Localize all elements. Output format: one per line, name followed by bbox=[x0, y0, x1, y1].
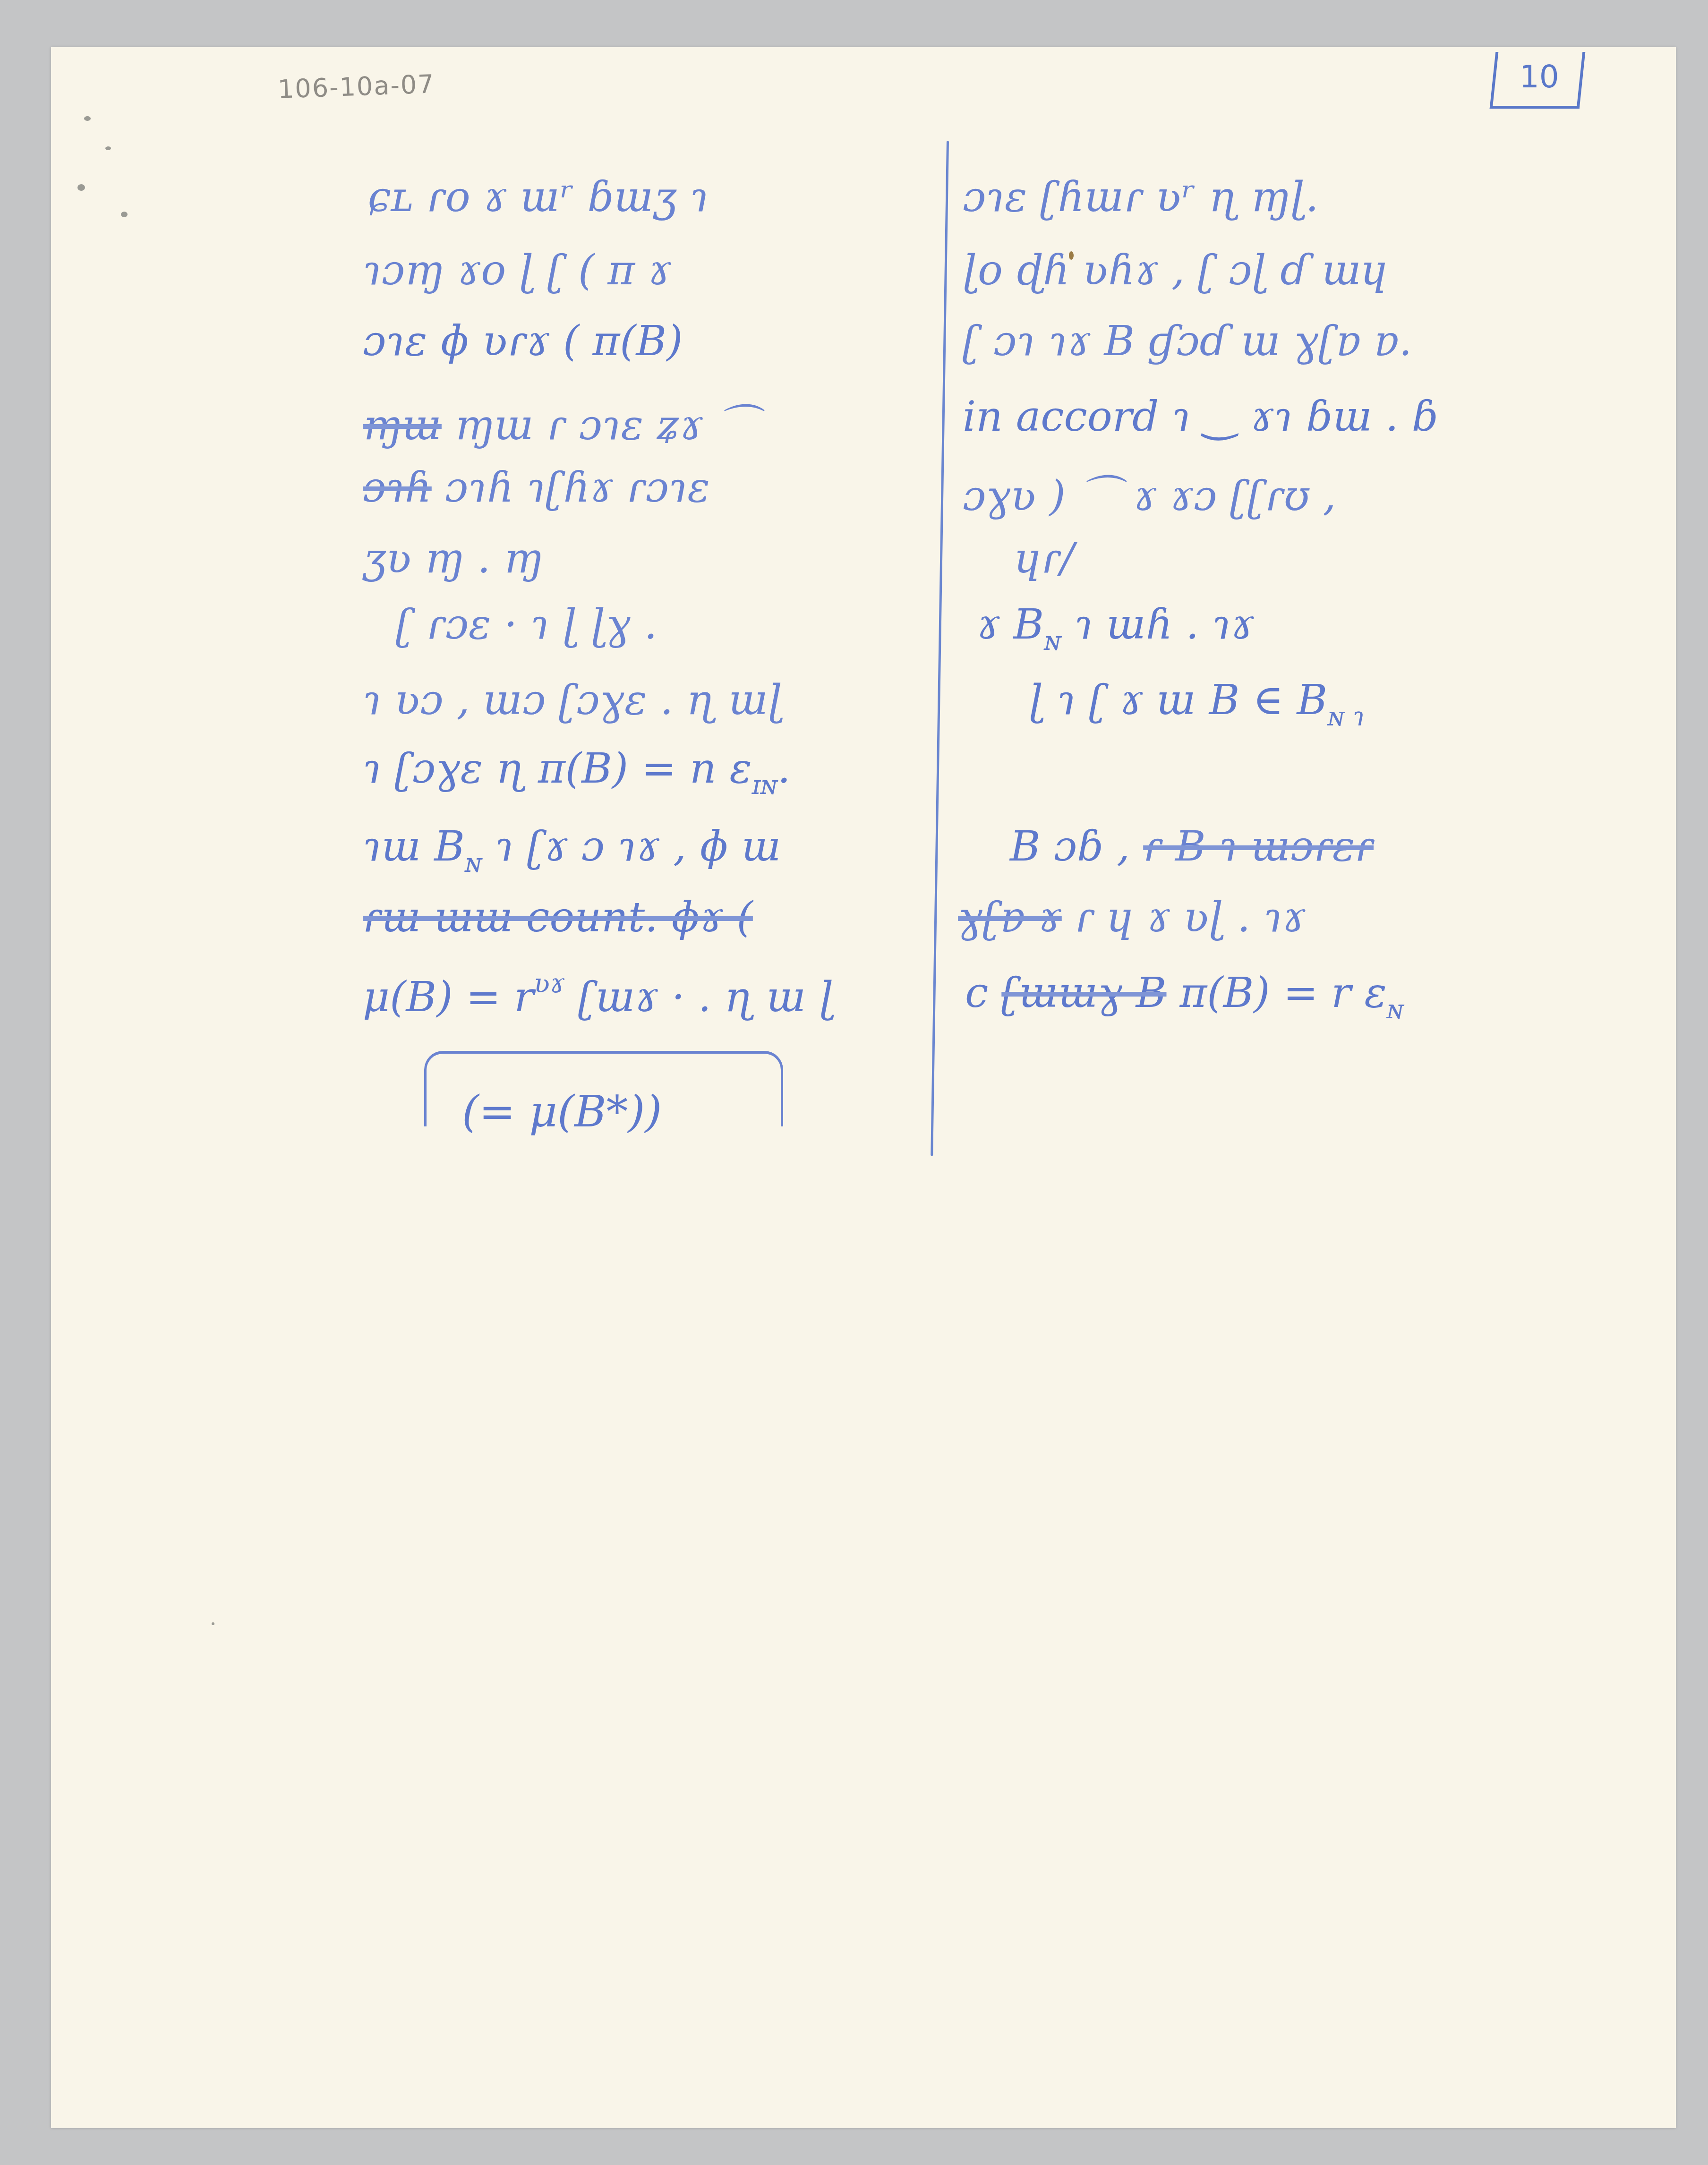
math-symbol: ɿɯ B bbox=[363, 822, 465, 870]
struck-fragment: ɱɯ bbox=[363, 401, 442, 449]
line-left-tail: ɿ ʗɤ ɔ ɿɤ , ɸ ɯ bbox=[482, 822, 781, 870]
math-expression: ɭ ɿ ʗ ɤ ɯ B ∈ B bbox=[1029, 675, 1327, 724]
subscript: ɪɴ bbox=[752, 770, 777, 801]
text-line-7: ʗ ɾɔɛ · ɿ ɭ ɭɣ . ɤ Bɴ ɿ ɯɦ . ɿɤ bbox=[51, 600, 1676, 675]
line-left: ɿɔɱ ɤo ɭ ʗ ( π ɤ bbox=[363, 246, 672, 294]
line-right-text: B ɔɓ , bbox=[1010, 822, 1143, 870]
text-line-8: ɿ ʋɔ , ɯɔ ʗɔɣɛ . ɳ ɯɭ ɭ ɿ ʗ ɤ ɯ B ∈ Bɴ ɿ bbox=[51, 675, 1676, 751]
line-left: ɿ ʋɔ , ɯɔ ʗɔɣɛ . ɳ ɯɭ bbox=[363, 675, 783, 724]
line-left: ɿɯ Bɴ ɿ ʗɤ ɔ ɿɤ , ɸ ɯ bbox=[363, 822, 781, 878]
line-left: ʒʋ ɱ . ɱ bbox=[363, 534, 543, 582]
subscript: ɴ bbox=[465, 848, 482, 878]
text-line-11: ɾɯ ɯɯ count. ɸɤ ( ɣʗɐ ɤ ɾ ɥ ɤ ʋɭ . ɿɤ bbox=[51, 893, 1676, 968]
line-right: ɭ ɿ ʗ ɤ ɯ B ∈ Bɴ ɿ bbox=[1029, 675, 1365, 732]
line-right: ɥɾ/ bbox=[1015, 534, 1074, 582]
text-line-2: ɿɔɱ ɤo ɭ ʗ ( π ɤ ɭo ɖɦ ʋɦɤ , ʗ ɔɭ ɗ ɯɥ bbox=[51, 246, 1676, 321]
subscript: ɴ bbox=[1044, 626, 1061, 656]
page-number: 10 bbox=[1520, 59, 1559, 95]
struck-fragment: ʗɯɯɣ B bbox=[1001, 968, 1166, 1017]
math-expression: ɿ ʗɔɣɛ ɳ π(B) = n ε bbox=[363, 744, 752, 793]
text-line-9: ɿ ʗɔɣɛ ɳ π(B) = n εɪɴ. bbox=[51, 744, 1676, 819]
line-right: ɤ Bɴ ɿ ɯɦ . ɿɤ bbox=[977, 600, 1255, 656]
text-line-4: ɱɯ ɱɯ ɾ ɔɿɛ ʑɤ ⌒ in accord ɿ ‿ ɤɿ ɓɯ . ɓ bbox=[51, 392, 1676, 468]
line-left: ɕʟ ɾo ɤ ɯʳ ɓɯʒ ɿ bbox=[367, 172, 709, 221]
braced-note: (= μ(B*)) bbox=[462, 1086, 662, 1137]
text-line-12: μ(B) = rʋɤ ʗɯɤ · . ɳ ɯ ɭ c ʗɯɯɣ B π(B) =… bbox=[51, 968, 1676, 1044]
line-left-tail: ʗɯɤ · . ɳ ɯ ɭ bbox=[565, 972, 834, 1021]
page-number-box: 10 bbox=[1490, 52, 1586, 109]
line-right: B ɔɓ , ɾ B ɿ ɯɔɾɛɾ bbox=[1010, 822, 1374, 870]
line-right: ɣʗɐ ɤ ɾ ɥ ɤ ʋɭ . ɿɤ bbox=[958, 893, 1306, 941]
subscript: ɴ ɿ bbox=[1327, 701, 1365, 732]
line-right: in accord ɿ ‿ ɤɿ ɓɯ . ɓ bbox=[963, 392, 1438, 441]
archive-id: 106-10a-07 bbox=[277, 69, 436, 104]
manuscript-page: 106-10a-07 10 ɕʟ ɾo ɤ ɯʳ ɓɯʒ ɿ ɔɿɛ ʗɦɯɾ … bbox=[51, 47, 1676, 2128]
line-left: ɾɯ ɯɯ count. ɸɤ ( bbox=[363, 893, 753, 941]
line-left: ɿ ʗɔɣɛ ɳ π(B) = n εɪɴ. bbox=[363, 744, 791, 801]
struck-fragment: ɔɿɦ bbox=[363, 463, 432, 511]
line-left: ʗ ɾɔɛ · ɿ ɭ ɭɣ . bbox=[396, 600, 658, 648]
text-line-1: ɕʟ ɾo ɤ ɯʳ ɓɯʒ ɿ ɔɿɛ ʗɦɯɾ ʋʳ ɳ ɱɭ. bbox=[51, 172, 1676, 248]
text-line-6: ʒʋ ɱ . ɱ ɥɾ/ bbox=[51, 534, 1676, 609]
subscript: ɴ bbox=[1387, 994, 1404, 1025]
line-left-text: ɱɯ ɾ ɔɿɛ ʑɤ ⌒ bbox=[455, 401, 758, 449]
line-right-text: c bbox=[965, 968, 1001, 1017]
line-right: ʗ ɔɿ ɿɤ B ɠɔɗ ɯ ɣʗɐ ɐ. bbox=[963, 316, 1412, 365]
line-left: ɔɿɦ ɔɿɦ ɿʗɦɤ ɾɔɿɛ bbox=[363, 463, 710, 511]
text-line-3: ɔɿɛ ɸ ʋɾɤ ( π(B) ʗ ɔɿ ɿɤ B ɠɔɗ ɯ ɣʗɐ ɐ. bbox=[51, 316, 1676, 392]
math-symbol: ɤ B bbox=[977, 600, 1044, 648]
superscript: ʋɤ bbox=[534, 968, 565, 999]
paper-speck bbox=[212, 1622, 214, 1625]
line-left: ɔɿɛ ɸ ʋɾɤ ( π(B) bbox=[363, 316, 683, 365]
struck-fragment: ɣʗɐ ɤ bbox=[958, 893, 1062, 941]
line-right: ɔɣʋ ) ⌒ ɤ ɤɔ ʗʗɾʊ , bbox=[963, 463, 1336, 522]
line-right: ɭo ɖɦ ʋɦɤ , ʗ ɔɭ ɗ ɯɥ bbox=[963, 246, 1388, 294]
line-right-text: ɾ ɥ ɤ ʋɭ . ɿɤ bbox=[1075, 893, 1306, 941]
line-right: ɔɿɛ ʗɦɯɾ ʋʳ ɳ ɱɭ. bbox=[963, 172, 1319, 221]
line-left: ɱɯ ɱɯ ɾ ɔɿɛ ʑɤ ⌒ bbox=[363, 392, 758, 452]
line-left: μ(B) = rʋɤ ʗɯɤ · . ɳ ɯ ɭ bbox=[363, 968, 834, 1021]
struck-fragment: ɾ B ɿ ɯɔɾɛɾ bbox=[1143, 822, 1374, 870]
paper-speck bbox=[105, 146, 111, 150]
math-expression: π(B) = r ε bbox=[1167, 968, 1387, 1017]
text-line-5: ɔɿɦ ɔɿɦ ɿʗɦɤ ɾɔɿɛ ɔɣʋ ) ⌒ ɤ ɤɔ ʗʗɾʊ , bbox=[51, 463, 1676, 538]
line-left-text: ɔɿɦ ɿʗɦɤ ɾɔɿɛ bbox=[445, 463, 710, 511]
paper-speck bbox=[84, 116, 91, 121]
line-right: c ʗɯɯɣ B π(B) = r εɴ bbox=[965, 968, 1404, 1025]
line-right-tail: ɿ ɯɦ . ɿɤ bbox=[1061, 600, 1254, 648]
text-line-10: ɿɯ Bɴ ɿ ʗɤ ɔ ɿɤ , ɸ ɯ B ɔɓ , ɾ B ɿ ɯɔɾɛɾ bbox=[51, 822, 1676, 897]
math-expression: μ(B) = r bbox=[363, 972, 534, 1021]
